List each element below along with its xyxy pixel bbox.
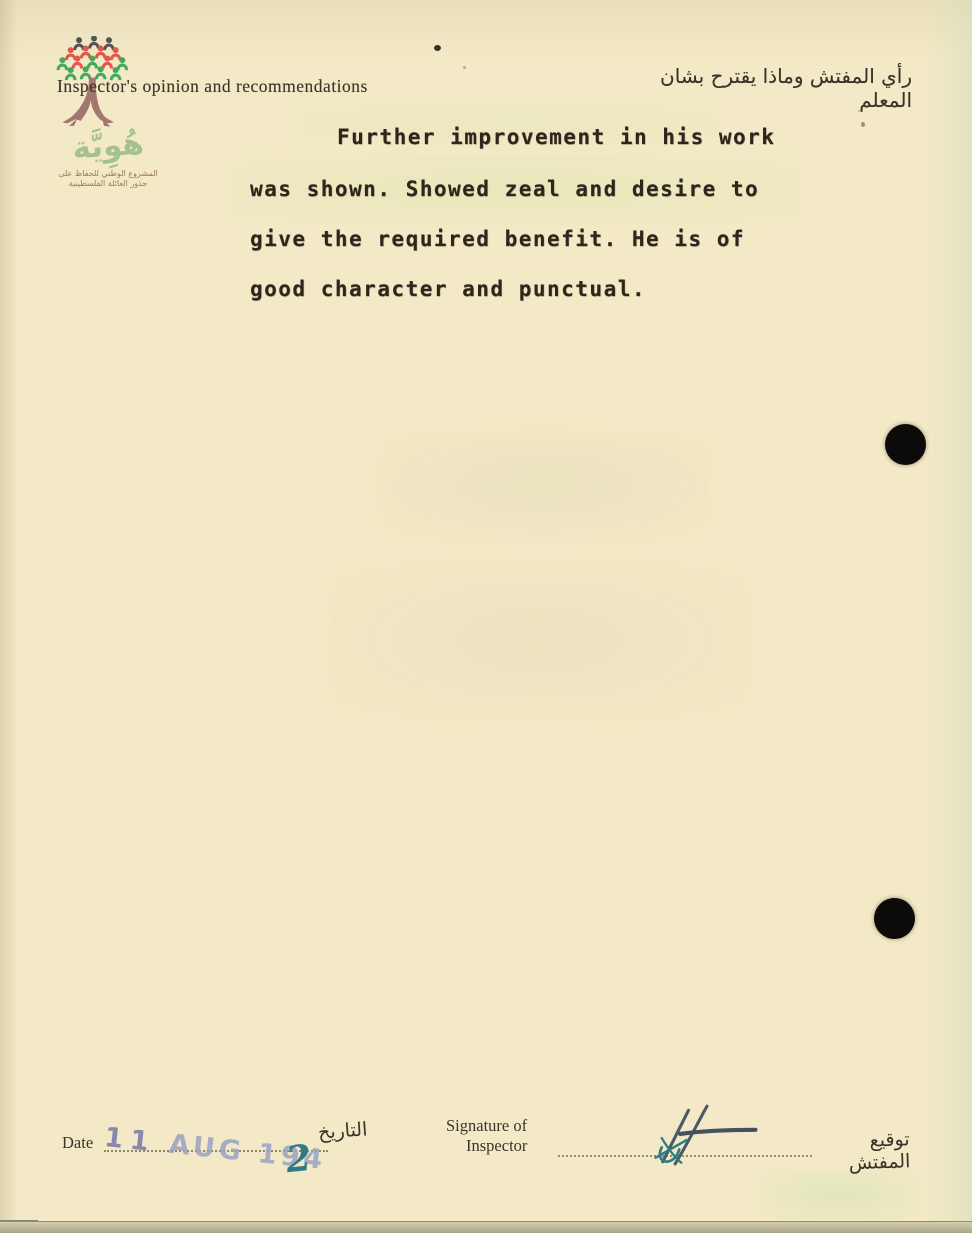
logo-subtitle-line1: المشروع الوطني للحفاظ على	[42, 169, 174, 179]
archive-watermark-logo: هُوِيَّة المشروع الوطني للحفاظ على جذور …	[48, 36, 168, 196]
ink-bleedthrough	[380, 430, 710, 540]
scanned-document-page: هُوِيَّة المشروع الوطني للحفاظ على جذور …	[0, 0, 972, 1233]
scan-edge-strip	[0, 1221, 972, 1233]
section-title-english: Inspector's opinion and recommendations	[57, 76, 368, 97]
hole-punch-bottom	[874, 898, 915, 939]
logo-subtitle: المشروع الوطني للحفاظ على جذور العائلة ا…	[42, 169, 174, 189]
section-title-arabic: رأي المفتش وماذا يقترح بشان المعلم	[640, 64, 912, 112]
ink-speck	[861, 122, 865, 127]
ink-bleedthrough	[330, 560, 750, 720]
date-label-arabic: التاريخ	[317, 1116, 398, 1144]
paper-tint	[760, 1170, 920, 1220]
paper-shading-left	[0, 0, 18, 1233]
date-stamp-day: 11	[103, 1122, 158, 1158]
handwritten-year-digit: 2	[284, 1137, 313, 1181]
logo-calligraphy-huwiyya: هُوِيَّة	[59, 125, 157, 168]
date-label-english: Date	[62, 1133, 93, 1153]
logo-subtitle-line2: جذور العائلة الفلسطينية	[42, 179, 174, 189]
hole-punch-top	[885, 424, 926, 465]
ink-speck	[434, 45, 441, 51]
typewritten-line: Further improvement in his work	[337, 125, 775, 149]
signature-label-arabic: توقيع المفتش	[809, 1128, 910, 1175]
signature-label-line1: Signature of	[446, 1116, 527, 1136]
ink-speck	[463, 66, 466, 69]
typewritten-line: give the required benefit. He is of	[250, 227, 745, 251]
typewritten-line: good character and punctual.	[250, 277, 646, 301]
ink-speck	[858, 110, 860, 112]
inspector-signature-ink	[648, 1100, 764, 1170]
signature-label-line2: Inspector	[446, 1136, 527, 1156]
typewritten-line: was shown. Showed zeal and desire to	[250, 177, 759, 201]
paper-shading-right	[927, 0, 972, 1233]
signature-label-english: Signature of Inspector	[446, 1116, 527, 1156]
